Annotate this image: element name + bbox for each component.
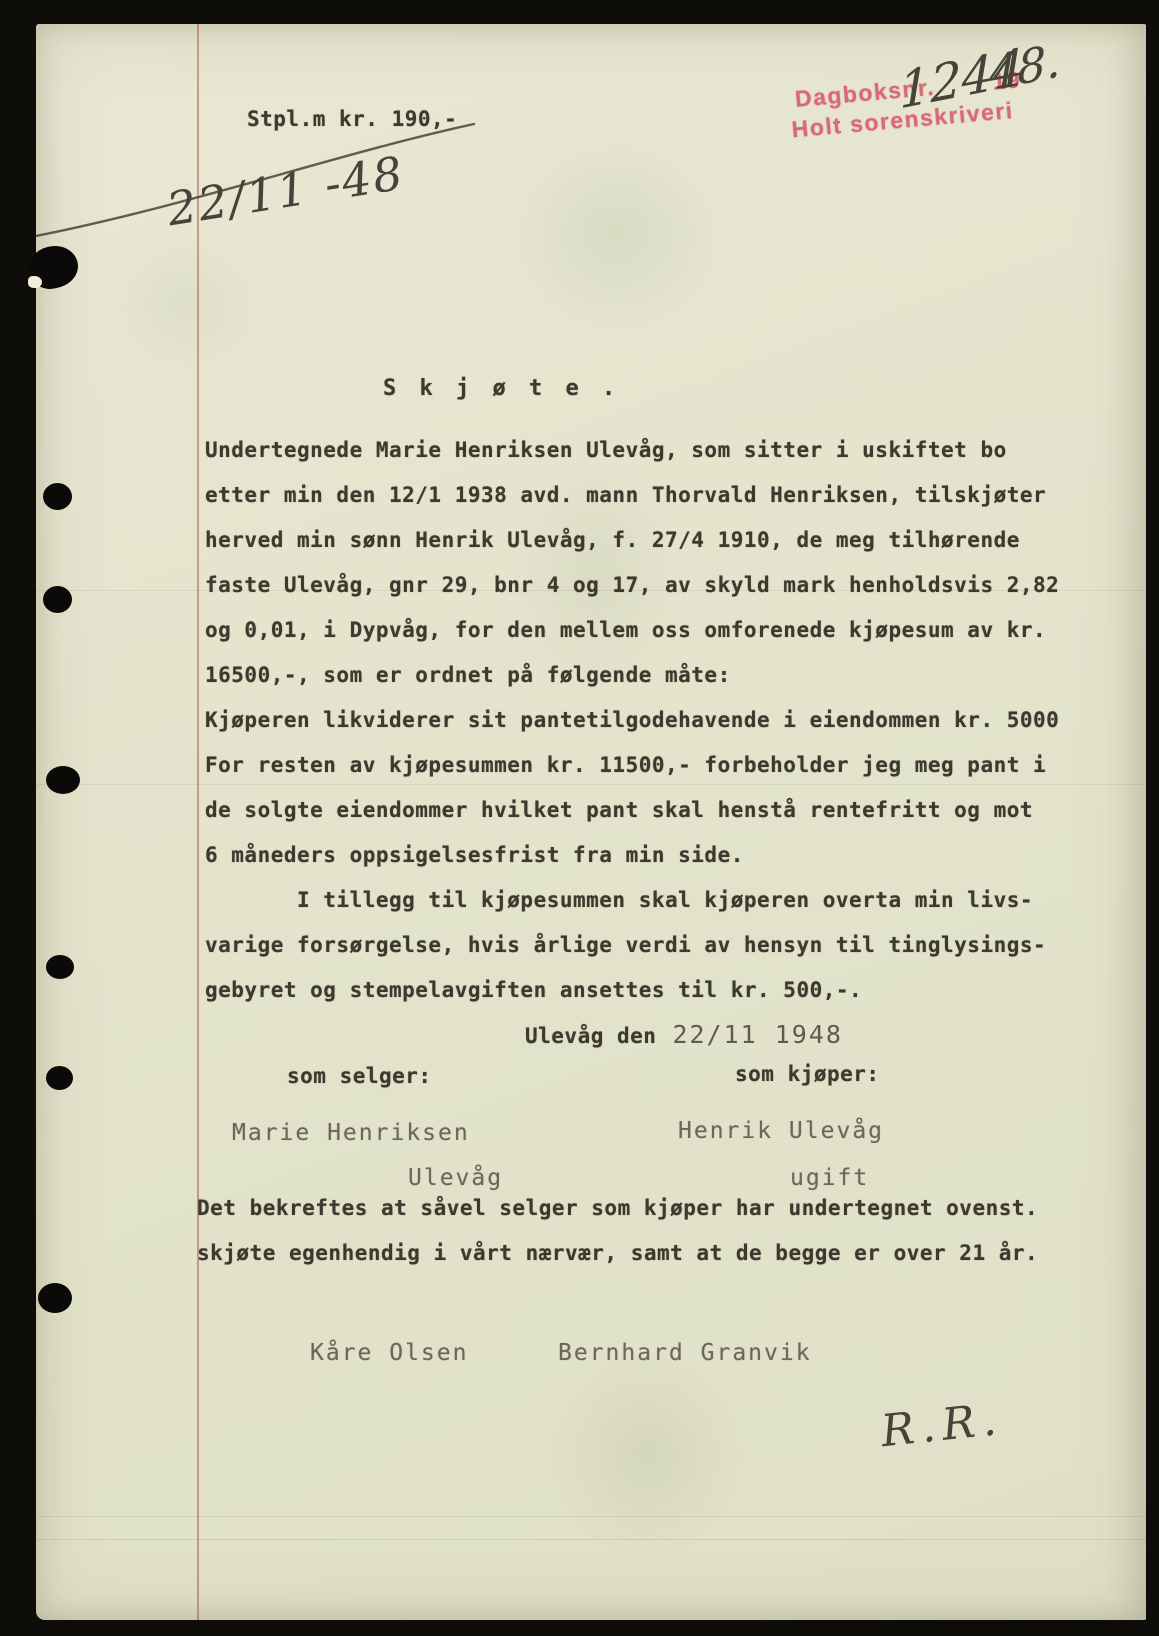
deed-body-line: og 0,01, i Dypvåg, for den mellem oss om… xyxy=(205,618,1059,663)
deed-body-line: I tillegg til kjøpesummen skal kjøperen … xyxy=(205,888,1059,933)
punch-hole xyxy=(38,1283,72,1313)
scan-artifact-line xyxy=(36,1539,1146,1540)
scan-artifact-line xyxy=(36,1516,1146,1517)
place-and-date-line: Ulevåg den 22/11 1948 xyxy=(525,1020,843,1049)
deed-body-line: herved min sønn Henrik Ulevåg, f. 27/4 1… xyxy=(205,528,1059,573)
deed-body-line: Undertegnede Marie Henriksen Ulevåg, som… xyxy=(205,438,1059,483)
dateline-date: 22/11 1948 xyxy=(672,1020,843,1049)
deed-body-line: etter min den 12/1 1938 avd. mann Thorva… xyxy=(205,483,1059,528)
torn-paper-chip xyxy=(28,276,42,288)
deed-body-line: 6 måneders oppsigelsesfrist fra min side… xyxy=(205,843,1059,888)
seller-residence: Ulevåg xyxy=(408,1165,503,1191)
clerk-handwritten-initials: R.R. xyxy=(879,1394,1006,1457)
punch-hole xyxy=(46,1066,73,1090)
witness-name-first: Kåre Olsen xyxy=(310,1340,468,1366)
buyer-marital-status: ugift xyxy=(790,1165,869,1191)
red-margin-line xyxy=(197,24,199,1620)
deed-body-line: For resten av kjøpesummen kr. 11500,- fo… xyxy=(205,753,1059,798)
attestation-line: Det bekreftes at såvel selger som kjøper… xyxy=(197,1196,1038,1241)
deed-body: Undertegnede Marie Henriksen Ulevåg, som… xyxy=(205,438,1059,1023)
punch-hole xyxy=(43,586,72,613)
paper-sheet: Stpl.m kr. 190,- 22/11 -48 Dagboksnr. 19… xyxy=(36,24,1146,1620)
seller-heading: som selger: xyxy=(287,1064,432,1088)
witness-attestation: Det bekreftes at såvel selger som kjøper… xyxy=(197,1196,1038,1286)
stamp-duty-note: Stpl.m kr. 190,- xyxy=(247,107,457,131)
attestation-line: skjøte egenhendig i vårt nærvær, samt at… xyxy=(197,1241,1038,1286)
punch-hole xyxy=(43,483,72,510)
deed-body-line: Kjøperen likviderer sit pantetilgodehave… xyxy=(205,708,1059,753)
buyer-heading: som kjøper: xyxy=(735,1062,880,1086)
deed-body-line: gebyret og stempelavgiften ansettes til … xyxy=(205,978,1059,1023)
deed-body-line: de solgte eiendommer hvilket pant skal h… xyxy=(205,798,1059,843)
punch-hole xyxy=(46,955,74,979)
deed-body-line: varige forsørgelse, hvis årlige verdi av… xyxy=(205,933,1059,978)
handwritten-journal-date: 22/11 -48 xyxy=(163,146,408,237)
punch-hole xyxy=(46,766,80,794)
dateline-place: Ulevåg den xyxy=(525,1024,656,1048)
deed-body-line: 16500,-, som er ordnet på følgende måte: xyxy=(205,663,1059,708)
bleed-through-ghost xyxy=(466,94,766,374)
seller-signature-name: Marie Henriksen xyxy=(232,1120,470,1146)
buyer-signature-name: Henrik Ulevåg xyxy=(678,1118,884,1144)
witness-name-second: Bernhard Granvik xyxy=(558,1340,812,1366)
scanned-deed-page: { "document": { "stamp_duty_note": "Stpl… xyxy=(0,0,1159,1636)
deed-title: S k j ø t e . xyxy=(383,376,620,401)
deed-body-line: faste Ulevåg, gnr 29, bnr 4 og 17, av sk… xyxy=(205,573,1059,618)
